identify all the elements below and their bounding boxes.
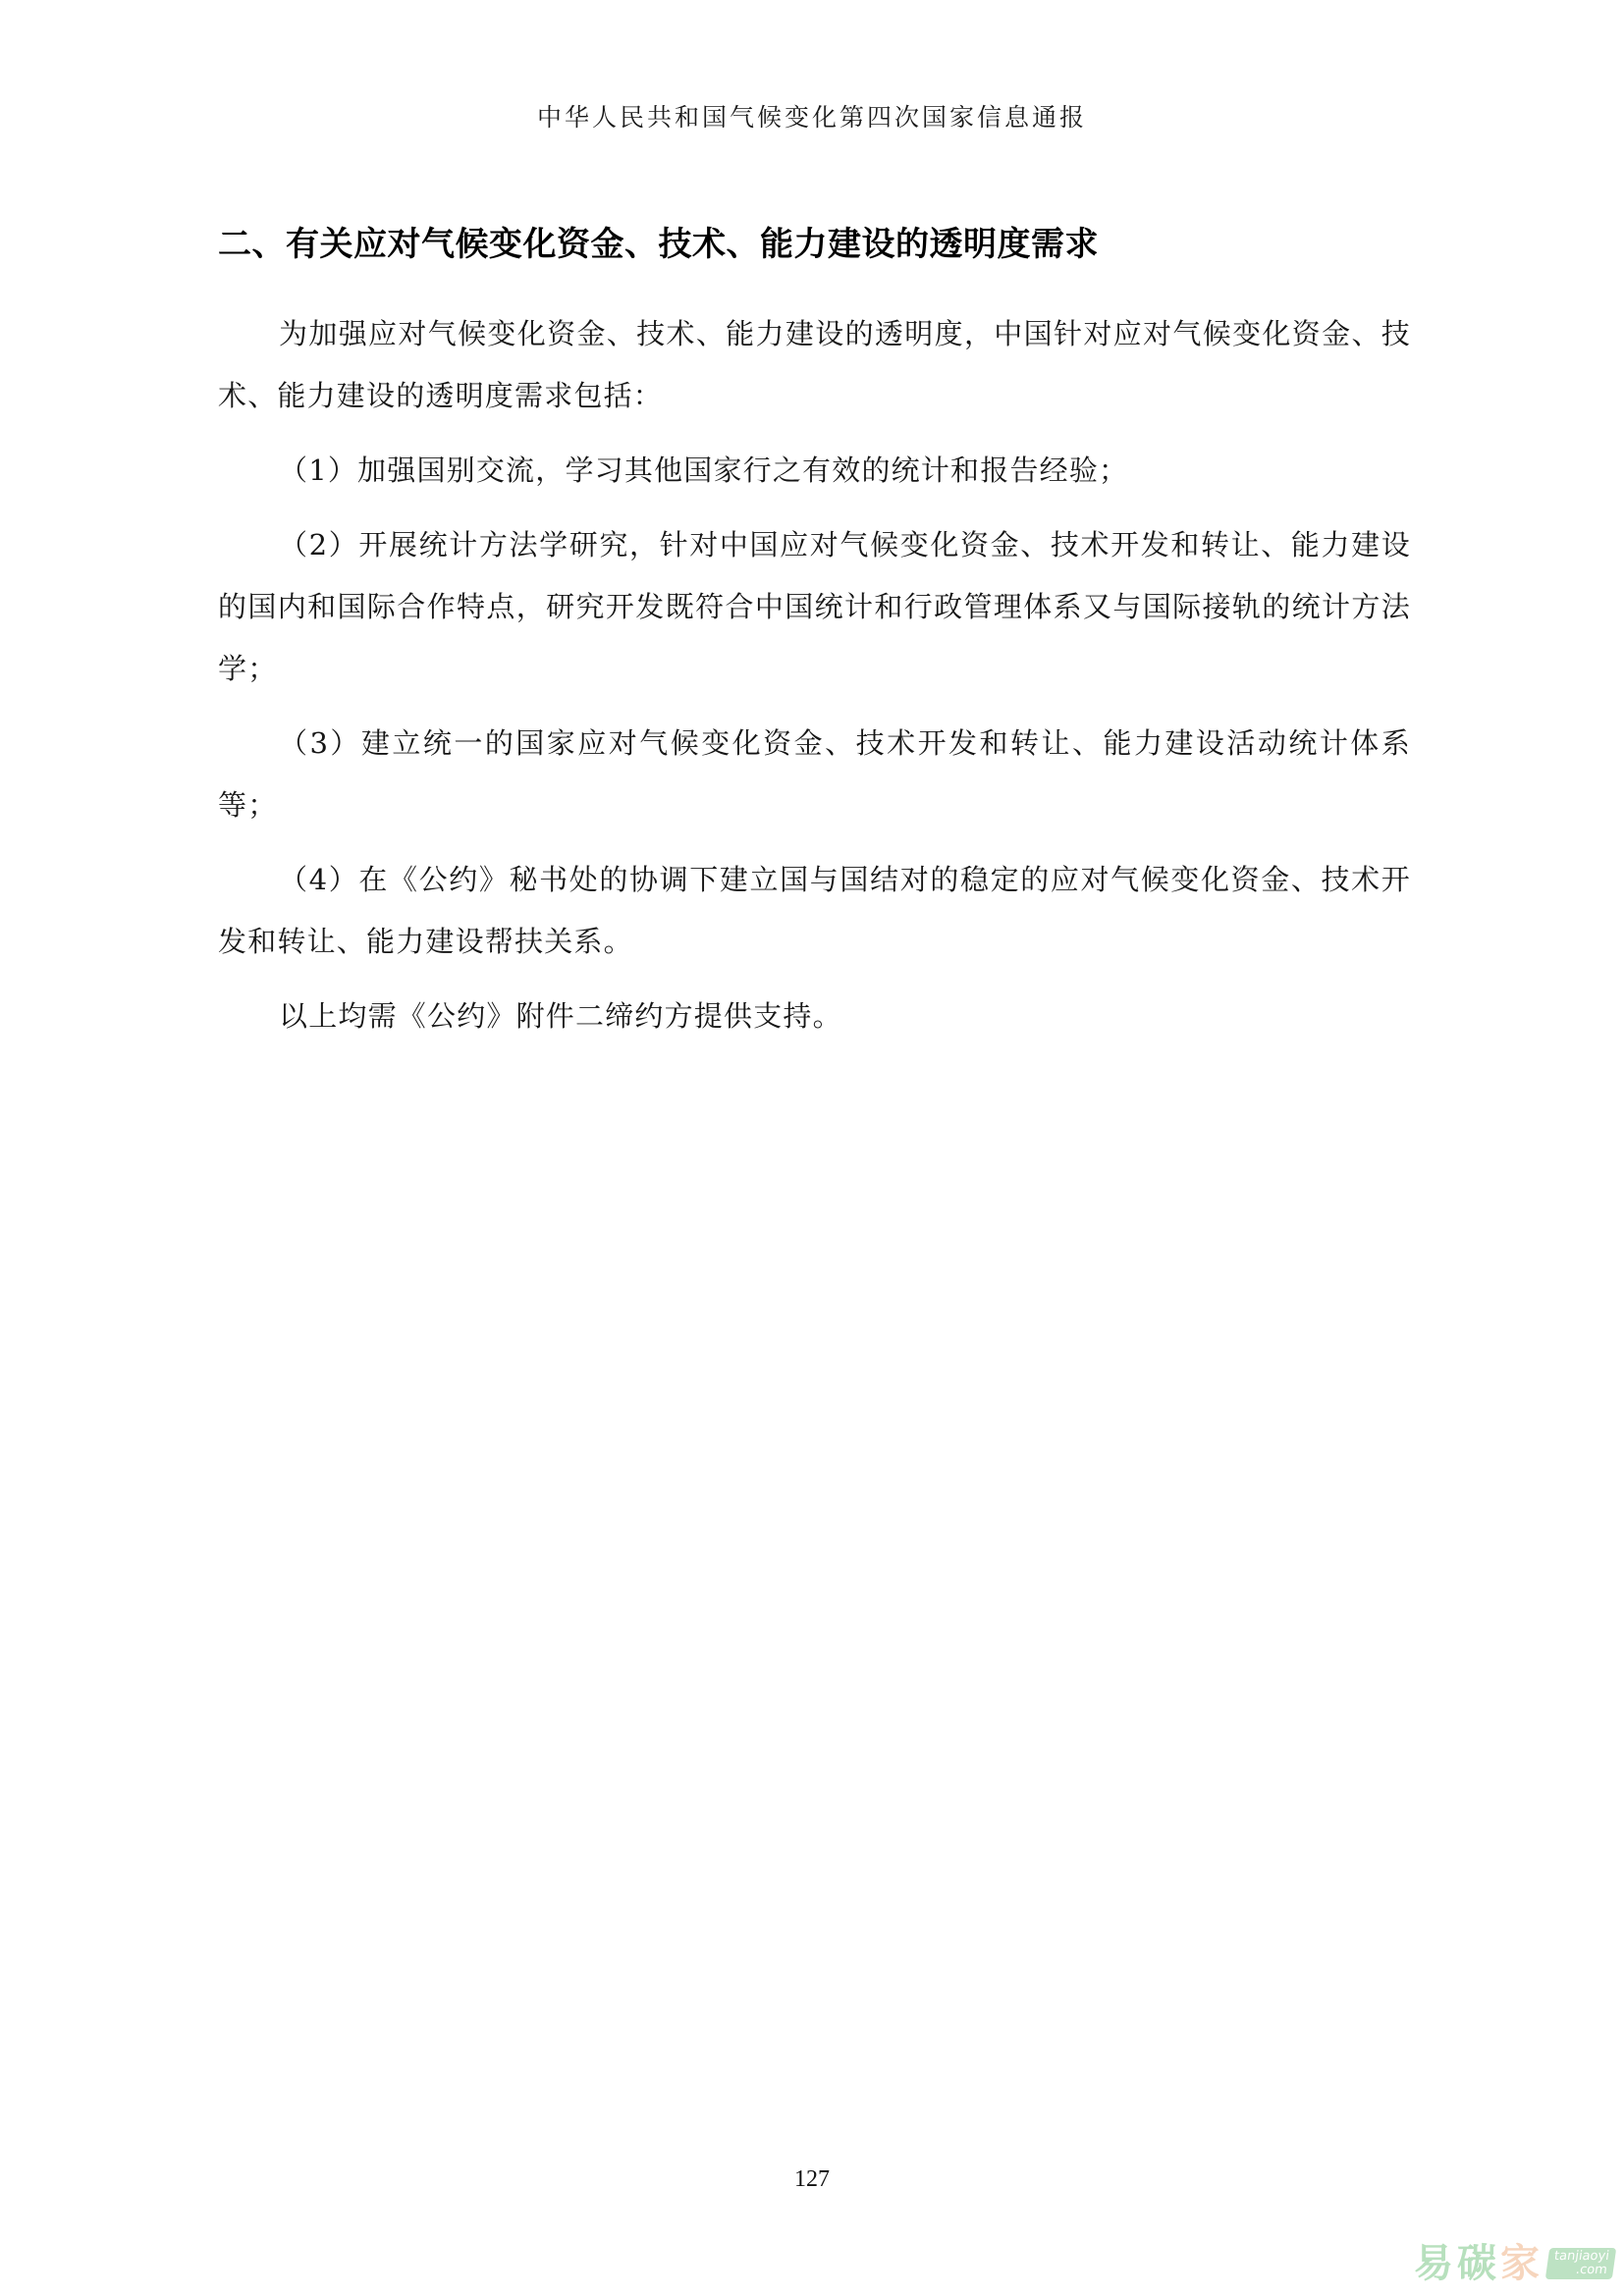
watermark-logo: 易 碳 家 tanjiaoyi .com	[1414, 2240, 1614, 2287]
watermark-char-tan: 碳	[1457, 2240, 1496, 2287]
watermark-domain-badge: tanjiaoyi .com	[1545, 2248, 1616, 2279]
list-item-3: （3）建立统一的国家应对气候变化资金、技术开发和转让、能力建设活动统计体系等；	[218, 713, 1411, 836]
list-item-4: （4）在《公约》秘书处的协调下建立国与国结对的稳定的应对气候变化资金、技术开发和…	[218, 849, 1411, 973]
page-content: 二、有关应对气候变化资金、技术、能力建设的透明度需求 为加强应对气候变化资金、技…	[218, 221, 1411, 1060]
watermark-domain-tld: .com	[1575, 2263, 1608, 2277]
intro-paragraph: 为加强应对气候变化资金、技术、能力建设的透明度，中国针对应对气候变化资金、技术、…	[218, 303, 1411, 427]
watermark-char-jia: 家	[1500, 2240, 1540, 2287]
watermark-domain-name: tanjiaoyi	[1553, 2249, 1610, 2264]
list-item-2: （2）开展统计方法学研究，针对中国应对气候变化资金、技术开发和转让、能力建设的国…	[218, 514, 1411, 700]
closing-paragraph: 以上均需《公约》附件二缔约方提供支持。	[218, 986, 1411, 1047]
running-header: 中华人民共和国气候变化第四次国家信息通报	[0, 98, 1624, 133]
section-heading: 二、有关应对气候变化资金、技术、能力建设的透明度需求	[218, 221, 1411, 268]
page-number: 127	[0, 2166, 1624, 2193]
watermark-char-yi: 易	[1414, 2240, 1453, 2287]
list-item-1: （1）加强国别交流，学习其他国家行之有效的统计和报告经验；	[218, 440, 1411, 502]
